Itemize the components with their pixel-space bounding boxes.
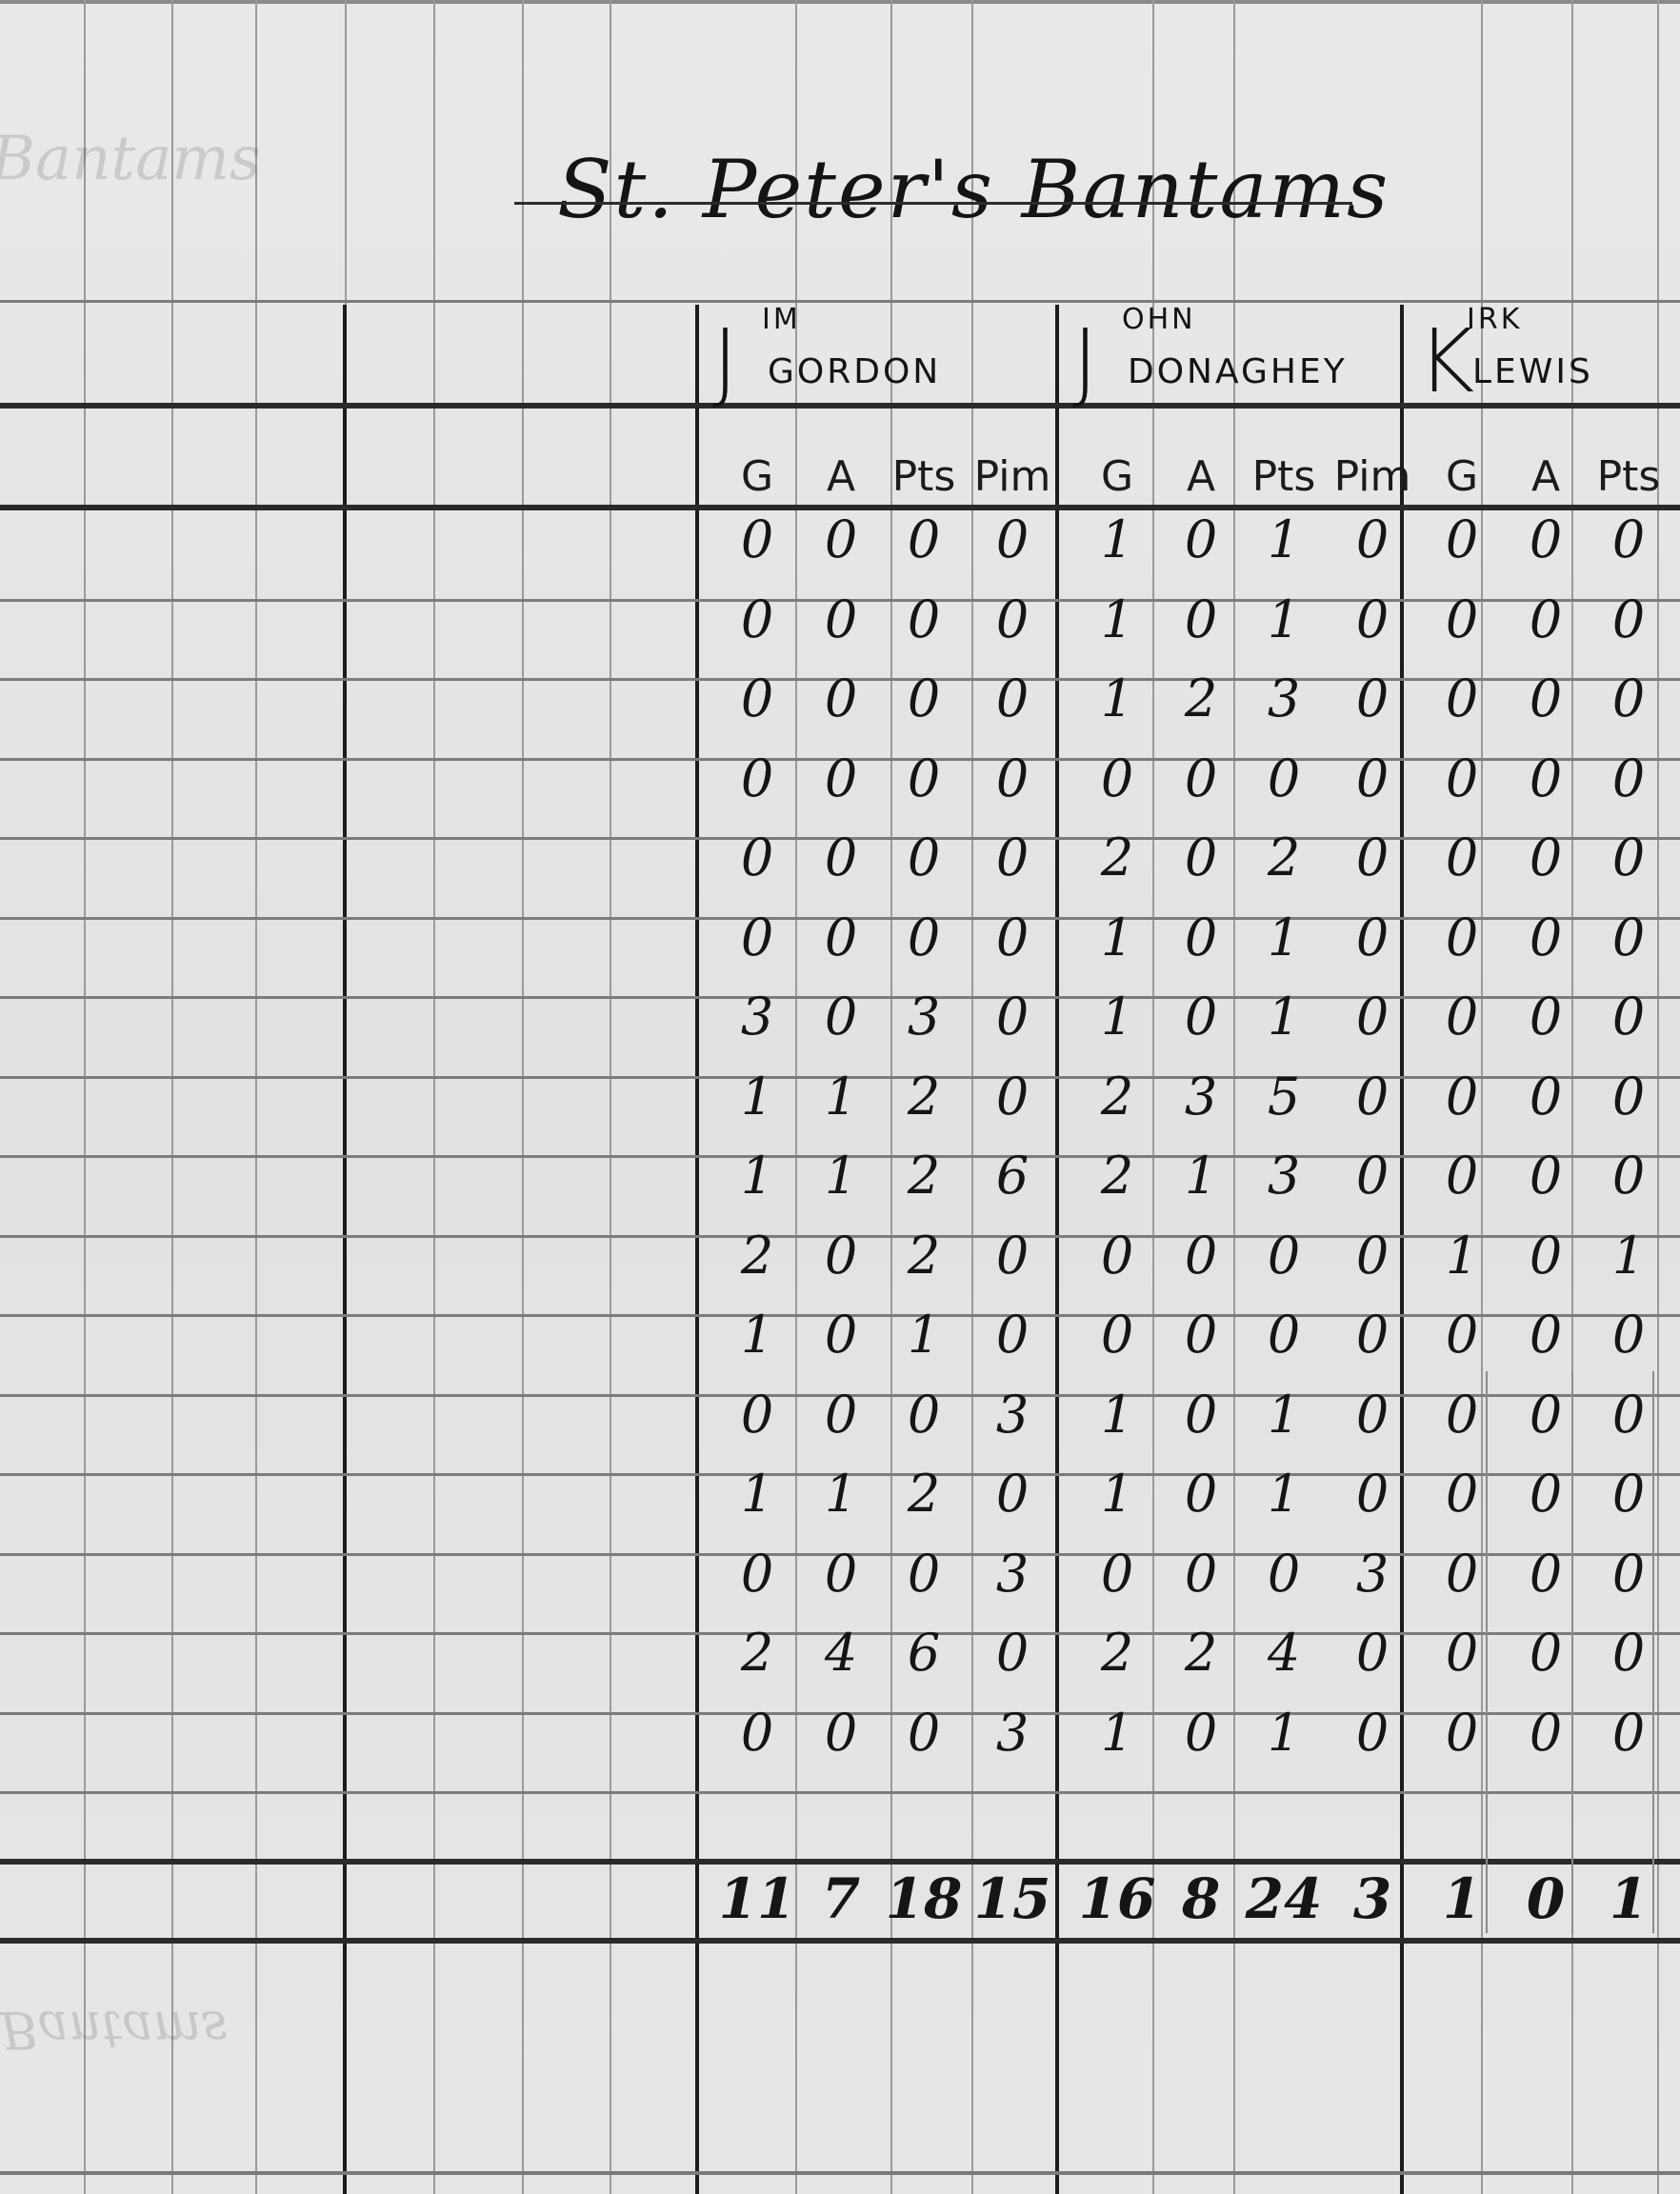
stat-cell: 6	[881, 1623, 967, 1683]
stat-cell: 1	[1241, 908, 1327, 967]
stat-cell: 0	[1419, 589, 1505, 649]
stat-cell: 1	[1074, 668, 1160, 728]
stat-cell: 1	[1241, 1385, 1327, 1445]
title-underline	[514, 202, 1352, 205]
stat-cell: 0	[714, 509, 800, 569]
stat-cell: 0	[798, 668, 884, 728]
stat-cell: 0	[714, 1385, 800, 1445]
ruled-column-line	[610, 0, 611, 2194]
stat-cell: 1	[1241, 1464, 1327, 1524]
page-bottom-edge	[0, 2171, 1680, 2175]
stat-cell: 0	[1158, 1226, 1244, 1286]
stat-cell: 3	[1158, 1067, 1244, 1127]
stat-cell: 0	[970, 1305, 1055, 1365]
stat-cell: 0	[798, 1305, 884, 1365]
stat-cell: 0	[798, 589, 884, 649]
stat-cell: 0	[714, 828, 800, 888]
stat-column-header: G	[1074, 452, 1160, 501]
stat-cell: 0	[1586, 908, 1671, 967]
stat-cell: 0	[1330, 1703, 1415, 1763]
stat-cell: 0	[1419, 1544, 1505, 1604]
player-name-last: GORDON	[768, 352, 941, 391]
stat-column-header: G	[714, 452, 800, 501]
stat-cell: 1	[714, 1146, 800, 1206]
stat-cell: 2	[881, 1226, 967, 1286]
heavy-row-rule	[0, 1859, 1680, 1865]
stat-cell: 1	[714, 1305, 800, 1365]
stat-cell: 0	[714, 668, 800, 728]
stat-cell: 0	[1330, 908, 1415, 967]
stat-cell: 0	[1241, 1544, 1327, 1604]
stat-cell: 0	[1674, 1305, 1680, 1365]
stat-cell: 0	[1503, 1544, 1589, 1604]
stat-cell: 0	[881, 1544, 967, 1604]
stat-column-header: Pts	[881, 452, 967, 501]
stat-cell: 2	[881, 1146, 967, 1206]
stat-column-header: A	[1158, 452, 1244, 501]
stat-cell: 2	[1074, 1067, 1160, 1127]
stat-cell: 1	[1586, 1226, 1671, 1286]
stat-cell: 0	[1158, 1464, 1244, 1524]
stat-cell: 1	[881, 1305, 967, 1365]
stat-cell: 0	[714, 589, 800, 649]
pencil-divider-mark	[1486, 1371, 1488, 1933]
stat-column-header: Pts	[1586, 452, 1671, 501]
stat-cell: 0	[1674, 1146, 1680, 1206]
stat-cell: 0	[798, 509, 884, 569]
stat-cell: 1	[1241, 509, 1327, 569]
stat-cell: 0	[1586, 668, 1671, 728]
ledger-sheet: Bantams Bantams St. Peter's Bantams JIMG…	[0, 0, 1680, 2194]
ruled-column-line	[433, 0, 435, 2194]
stat-cell: 0	[1419, 1385, 1505, 1445]
stat-cell: 1	[1074, 509, 1160, 569]
stat-cell: 0	[1330, 1385, 1415, 1445]
stat-cell: 0	[714, 748, 800, 808]
stat-cell: 0	[1674, 908, 1680, 967]
stat-cell: 0	[881, 828, 967, 888]
ruled-column-line	[84, 0, 86, 2194]
season-total-cell: 3	[1330, 1866, 1415, 1931]
stat-cell: 1	[1241, 589, 1327, 649]
stat-cell: 0	[1674, 1703, 1680, 1763]
stat-cell: 1	[1074, 589, 1160, 649]
stat-cell: 0	[1503, 1067, 1589, 1127]
stat-cell: 0	[1241, 748, 1327, 808]
stat-cell: 0	[1158, 987, 1244, 1047]
season-total-cell: 24	[1241, 1866, 1327, 1931]
stat-cell: 0	[1674, 668, 1680, 728]
stat-cell: 0	[1158, 509, 1244, 569]
stat-cell: 0	[1674, 1226, 1680, 1286]
season-total-cell: 8	[1158, 1866, 1244, 1931]
stat-cell: 0	[970, 748, 1055, 808]
row-rule	[0, 300, 1680, 303]
stat-cell: 0	[1586, 987, 1671, 1047]
stat-cell: 0	[1586, 1623, 1671, 1683]
stat-cell: 0	[1419, 828, 1505, 888]
ruled-column-line	[255, 0, 257, 2194]
stat-cell: 0	[1330, 509, 1415, 569]
stat-cell: 0	[1503, 987, 1589, 1047]
season-total-cell: 11	[714, 1866, 800, 1931]
stat-cell: 0	[1586, 748, 1671, 808]
player-name-initial: J	[712, 310, 738, 412]
stat-cell: 0	[1330, 1146, 1415, 1206]
stat-cell: 2	[881, 1464, 967, 1524]
stat-cell: 0	[970, 1226, 1055, 1286]
pencil-divider-mark	[1652, 1371, 1654, 1933]
stat-cell: 0	[1586, 1464, 1671, 1524]
stat-cell: 0	[1330, 1623, 1415, 1683]
stat-cell: 0	[970, 828, 1055, 888]
stat-cell: 0	[881, 589, 967, 649]
stat-cell: 0	[1419, 1703, 1505, 1763]
stat-cell: 0	[1158, 1544, 1244, 1604]
stat-cell: 0	[1330, 589, 1415, 649]
stat-cell: 0	[1586, 828, 1671, 888]
stat-cell: 0	[1330, 1067, 1415, 1127]
stat-cell: 0	[1674, 589, 1680, 649]
stat-cell: 0	[881, 668, 967, 728]
stat-cell: 1	[1241, 987, 1327, 1047]
stat-cell: 0	[714, 1544, 800, 1604]
stat-cell: 0	[1330, 1464, 1415, 1524]
stat-cell: 0	[1419, 509, 1505, 569]
stat-cell: 0	[798, 1385, 884, 1445]
stat-cell: 1	[1074, 908, 1160, 967]
stat-cell: 0	[1503, 1226, 1589, 1286]
stat-cell: 0	[1158, 589, 1244, 649]
stat-cell: 0	[1158, 1703, 1244, 1763]
stat-cell: 1	[798, 1067, 884, 1127]
stat-cell: 0	[1503, 1385, 1589, 1445]
stat-cell: 0	[1419, 1305, 1505, 1365]
season-total-cell: 7	[798, 1866, 884, 1931]
stat-cell: 0	[1503, 908, 1589, 967]
stat-cell: 0	[798, 828, 884, 888]
stat-cell: 0	[1503, 1703, 1589, 1763]
stat-cell: 2	[714, 1623, 800, 1683]
stat-cell: 0	[1586, 1544, 1671, 1604]
stat-cell: 0	[1158, 908, 1244, 967]
stat-column-header: Pim	[970, 452, 1055, 501]
stat-cell: 0	[1586, 1385, 1671, 1445]
stat-cell: 0	[1503, 748, 1589, 808]
stat-cell: 0	[798, 1226, 884, 1286]
stat-cell: 0	[1674, 1067, 1680, 1127]
stat-cell: 0	[881, 1385, 967, 1445]
stat-cell: 2	[1074, 828, 1160, 888]
stat-cell: 0	[1674, 828, 1680, 888]
stat-cell: 3	[970, 1544, 1055, 1604]
stat-cell: 0	[1674, 1464, 1680, 1524]
stat-cell: 0	[1158, 748, 1244, 808]
stat-cell: 1	[1074, 987, 1160, 1047]
sheet-title: St. Peter's Bantams	[557, 143, 1395, 236]
stat-cell: 0	[970, 668, 1055, 728]
section-divider-line	[695, 305, 699, 2194]
bleed-through-title: Bantams	[0, 124, 261, 194]
stat-cell: 0	[1419, 1623, 1505, 1683]
stat-cell: 0	[1419, 987, 1505, 1047]
row-rule	[0, 1791, 1680, 1794]
stat-cell: 4	[798, 1623, 884, 1683]
stat-cell: 3	[1241, 668, 1327, 728]
stat-cell: 2	[881, 1067, 967, 1127]
stat-cell: 0	[1674, 748, 1680, 808]
stat-cell: 0	[1503, 668, 1589, 728]
stat-cell: 1	[1241, 1703, 1327, 1763]
stat-cell: 0	[798, 987, 884, 1047]
stat-cell: 0	[1503, 828, 1589, 888]
stat-cell: 2	[1158, 1623, 1244, 1683]
stat-cell: 1	[1074, 1703, 1160, 1763]
stat-cell: 6	[970, 1146, 1055, 1206]
player-name-initial: J	[1072, 310, 1098, 412]
season-total-cell: 16	[1074, 1866, 1160, 1931]
stat-cell: 0	[970, 1067, 1055, 1127]
stat-cell: 0	[1586, 1305, 1671, 1365]
season-total-cell: 0	[1503, 1866, 1589, 1931]
stat-cell: 0	[1503, 1623, 1589, 1683]
stat-cell: 0	[1586, 589, 1671, 649]
stat-cell: 3	[714, 987, 800, 1047]
stat-cell: 0	[881, 748, 967, 808]
stat-column-header: G	[1419, 452, 1505, 501]
stat-cell: 0	[881, 908, 967, 967]
stat-cell: 1	[1419, 1226, 1505, 1286]
stat-cell: 1	[1158, 1146, 1244, 1206]
stat-cell: 2	[1074, 1146, 1160, 1206]
stat-cell: 0	[1503, 1305, 1589, 1365]
stat-column-header: A	[1503, 452, 1589, 501]
section-divider-line	[1055, 305, 1059, 2194]
season-total-cell: 15	[970, 1866, 1055, 1931]
stat-cell: 4	[1241, 1623, 1327, 1683]
stat-cell: 0	[1503, 1464, 1589, 1524]
player-name-first: IRK	[1467, 303, 1522, 336]
stat-cell: 0	[1158, 828, 1244, 888]
stat-cell: 0	[1419, 748, 1505, 808]
stat-cell: 0	[970, 1464, 1055, 1524]
season-total-cell: 1	[1419, 1866, 1505, 1931]
stat-cell: 0	[1330, 1226, 1415, 1286]
stat-cell: 1	[1074, 1464, 1160, 1524]
season-total-cell: 18	[881, 1866, 967, 1931]
stat-cell: 0	[1674, 1623, 1680, 1683]
stat-cell: 2	[1074, 1623, 1160, 1683]
season-total-cell: 1	[1586, 1866, 1671, 1931]
stat-cell: 0	[970, 987, 1055, 1047]
ruled-column-line	[522, 0, 524, 2194]
stat-cell: 0	[1074, 1544, 1160, 1604]
stat-column-header: Pts	[1241, 452, 1327, 501]
page-top-edge	[0, 0, 1680, 4]
stat-cell: 0	[881, 509, 967, 569]
stat-cell: 0	[798, 1544, 884, 1604]
stat-cell: 0	[1158, 1305, 1244, 1365]
stat-cell: 0	[1241, 1226, 1327, 1286]
stat-cell: 0	[1674, 509, 1680, 569]
player-name-first: IM	[762, 303, 801, 336]
stat-cell: 3	[970, 1385, 1055, 1445]
stat-cell: 1	[714, 1464, 800, 1524]
bleed-through-bottom-title: Bantams	[0, 2000, 228, 2060]
stat-cell: 0	[1330, 1305, 1415, 1365]
stat-column-header: Pim	[1674, 452, 1680, 501]
stat-cell: 0	[1586, 509, 1671, 569]
player-name-last: DONAGHEY	[1128, 352, 1348, 391]
stat-cell: 0	[1503, 589, 1589, 649]
stat-cell: 0	[798, 1703, 884, 1763]
stat-cell: 3	[881, 987, 967, 1047]
stat-column-header: A	[798, 452, 884, 501]
stat-column-header: Pim	[1330, 452, 1415, 501]
stat-cell: 0	[970, 589, 1055, 649]
stat-cell: 0	[1158, 1385, 1244, 1445]
stat-cell: 0	[798, 748, 884, 808]
stat-cell: 2	[714, 1226, 800, 1286]
player-name-last: LEWIS	[1472, 352, 1593, 391]
stat-cell: 0	[1419, 668, 1505, 728]
stat-cell: 0	[1586, 1146, 1671, 1206]
stat-cell: 0	[1330, 668, 1415, 728]
stat-cell: 0	[1419, 908, 1505, 967]
ruled-column-line	[171, 0, 173, 2194]
section-divider-line	[343, 305, 347, 2194]
stat-cell: 3	[1241, 1146, 1327, 1206]
stat-cell: 0	[1503, 509, 1589, 569]
stat-cell: 0	[714, 1703, 800, 1763]
stat-cell: 5	[1241, 1067, 1327, 1127]
stat-cell: 0	[1419, 1464, 1505, 1524]
stat-cell: 0	[1330, 987, 1415, 1047]
player-name-first: OHN	[1122, 303, 1196, 336]
stat-cell: 0	[881, 1703, 967, 1763]
pencil-divider-mark	[1571, 1371, 1573, 1933]
stat-cell: 0	[798, 908, 884, 967]
stat-cell: 0	[1586, 1067, 1671, 1127]
stat-cell: 0	[1674, 1385, 1680, 1445]
stat-cell: 0	[970, 1623, 1055, 1683]
stat-cell: 0	[1674, 1544, 1680, 1604]
stat-cell: 0	[1330, 828, 1415, 888]
stat-cell: 0	[1330, 748, 1415, 808]
stat-cell: 0	[970, 509, 1055, 569]
stat-cell: 0	[1241, 1305, 1327, 1365]
heavy-row-rule	[0, 1938, 1680, 1944]
stat-cell: 0	[1586, 1703, 1671, 1763]
stat-cell: 0	[1074, 1226, 1160, 1286]
stat-cell: 1	[798, 1146, 884, 1206]
stat-cell: 3	[970, 1703, 1055, 1763]
stat-cell: 0	[1503, 1146, 1589, 1206]
stat-cell: 0	[1074, 1305, 1160, 1365]
stat-cell: 0	[1074, 748, 1160, 808]
stat-cell: 1	[714, 1067, 800, 1127]
stat-cell: 1	[798, 1464, 884, 1524]
stat-cell: 0	[714, 908, 800, 967]
stat-cell: 2	[1158, 668, 1244, 728]
stat-cell: 0	[1419, 1146, 1505, 1206]
stat-cell: 1	[1074, 1385, 1160, 1445]
stat-cell: 2	[1241, 828, 1327, 888]
stat-cell: 3	[1330, 1544, 1415, 1604]
stat-cell: 0	[1674, 987, 1680, 1047]
stat-cell: 0	[1419, 1067, 1505, 1127]
stat-cell: 0	[970, 908, 1055, 967]
